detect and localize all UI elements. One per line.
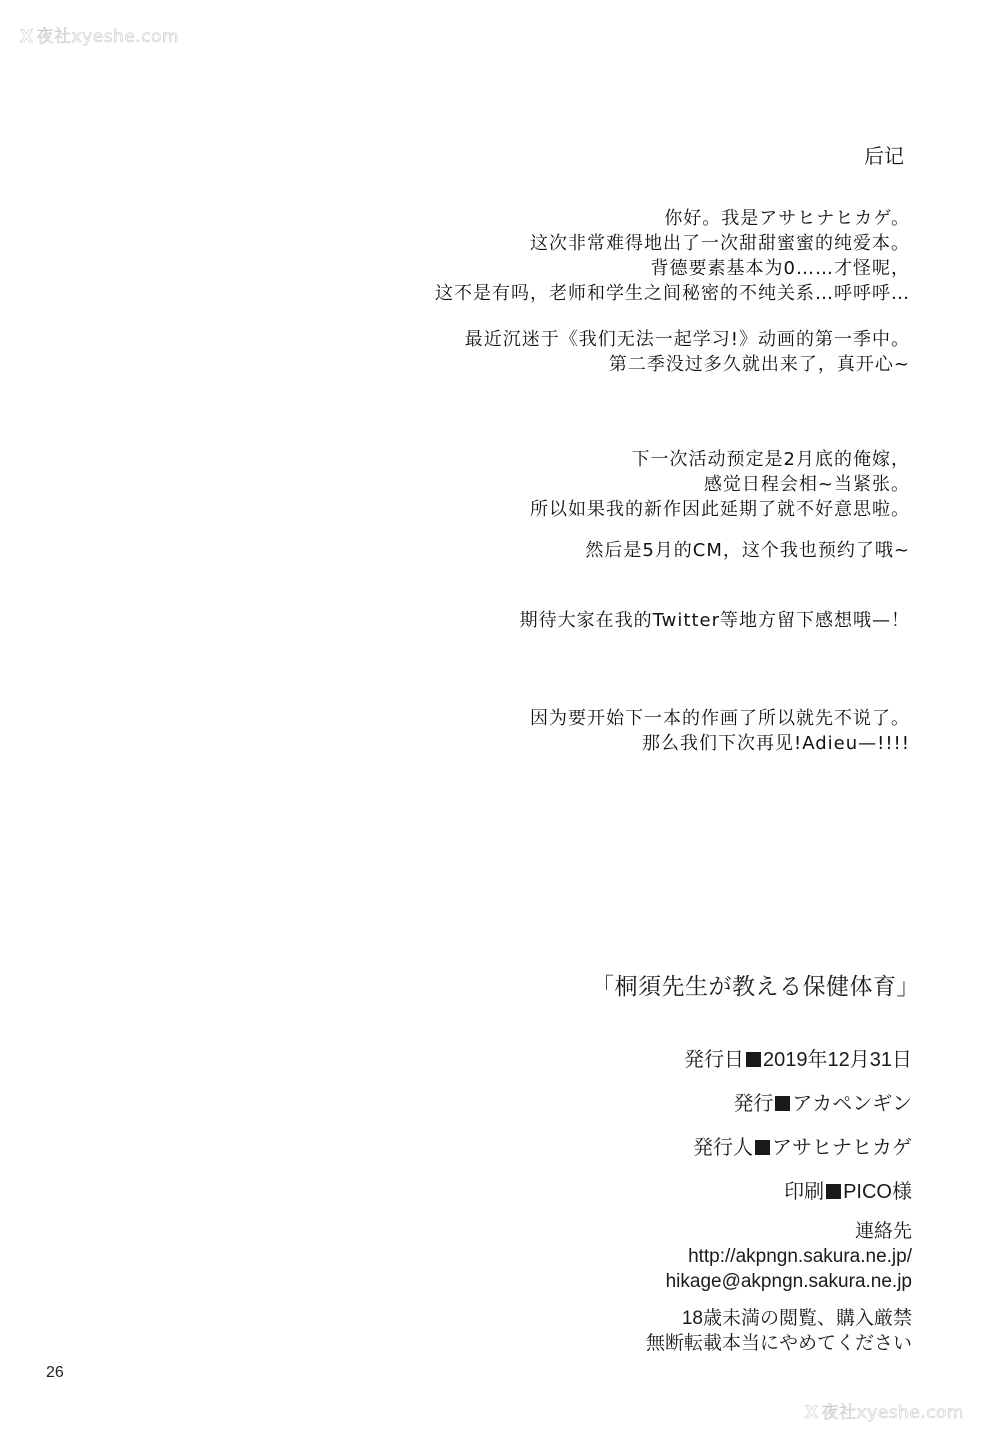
afterword-paragraph-6: 因为要开始下一本的作画了所以就先不说了。 那么我们下次再见!Adieu—!!!! xyxy=(530,706,910,756)
author-label: 発行人 xyxy=(693,1137,753,1159)
text-line: 那么我们下次再见!Adieu—!!!! xyxy=(530,731,910,756)
text-line: 然后是5月的CM，这个我也预约了哦~ xyxy=(585,538,910,563)
afterword-title: 后记 xyxy=(864,140,904,169)
text-line: 所以如果我的新作因此延期了就不好意思啦。 xyxy=(530,497,910,522)
afterword-paragraph-2: 最近沉迷于《我们无法一起学习!》动画的第一季中。 第二季没过多久就出来了，真开心… xyxy=(465,327,910,377)
issue-date-label: 発行日 xyxy=(684,1049,744,1071)
contact-block: 連絡先 http://akpngn.sakura.ne.jp/ hikage@a… xyxy=(666,1219,912,1294)
text-line: 下一次活动预定是2月底的俺嫁， xyxy=(530,447,910,472)
printer-value: PICO様 xyxy=(843,1181,912,1203)
watermark-logo-icon: X xyxy=(20,27,34,47)
watermark-top: X夜社xyeshe.com xyxy=(20,22,179,47)
author-value: アサヒナヒカゲ xyxy=(772,1137,912,1159)
page-number: 26 xyxy=(46,1364,64,1382)
square-bullet-icon xyxy=(746,1052,761,1067)
square-bullet-icon xyxy=(755,1140,770,1155)
text-line: 最近沉迷于《我们无法一起学习!》动画的第一季中。 xyxy=(465,327,910,352)
text-line: 这不是有吗，老师和学生之间秘密的不纯关系…呼呼呼… xyxy=(435,281,910,306)
book-title: 「桐須先生が教える保健体育」 xyxy=(591,968,920,1001)
printer: 印刷PICO様 xyxy=(784,1175,912,1204)
square-bullet-icon xyxy=(826,1184,841,1199)
notice-block: 18歳未満の閲覧、購入厳禁 無断転載本当にやめてください xyxy=(646,1306,912,1356)
text-line: 感觉日程会相~当紧张。 xyxy=(530,472,910,497)
afterword-paragraph-4: 然后是5月的CM，这个我也预约了哦~ xyxy=(585,538,910,563)
text-line: 因为要开始下一本的作画了所以就先不说了。 xyxy=(530,706,910,731)
author: 発行人アサヒナヒカゲ xyxy=(693,1131,912,1160)
issue-date: 発行日2019年12月31日 xyxy=(684,1043,912,1072)
age-restriction-notice: 18歳未満の閲覧、購入厳禁 xyxy=(646,1306,912,1331)
square-bullet-icon xyxy=(775,1096,790,1111)
watermark-text: 夜社xyeshe.com xyxy=(822,1403,964,1423)
text-line: 这次非常难得地出了一次甜甜蜜蜜的纯爱本。 xyxy=(435,231,910,256)
watermark-text: 夜社xyeshe.com xyxy=(37,27,179,47)
printer-label: 印刷 xyxy=(784,1181,824,1203)
text-line: 第二季没过多久就出来了，真开心~ xyxy=(465,352,910,377)
afterword-paragraph-5: 期待大家在我的Twitter等地方留下感想哦—！ xyxy=(520,608,910,633)
publisher: 発行アカペンギン xyxy=(733,1087,912,1116)
contact-email: hikage@akpngn.sakura.ne.jp xyxy=(666,1269,912,1294)
contact-url: http://akpngn.sakura.ne.jp/ xyxy=(666,1244,912,1269)
text-line: 期待大家在我的Twitter等地方留下感想哦—！ xyxy=(520,608,910,633)
text-line: 背德要素基本为0……才怪呢， xyxy=(435,256,910,281)
text-line: 你好。我是アサヒナヒカゲ。 xyxy=(435,206,910,231)
watermark-bottom: X夜社xyeshe.com xyxy=(805,1398,964,1423)
watermark-logo-icon: X xyxy=(805,1403,819,1423)
afterword-paragraph-1: 你好。我是アサヒナヒカゲ。 这次非常难得地出了一次甜甜蜜蜜的纯爱本。 背德要素基… xyxy=(435,206,910,306)
contact-label: 連絡先 xyxy=(666,1219,912,1244)
issue-date-value: 2019年12月31日 xyxy=(763,1049,912,1071)
publisher-label: 発行 xyxy=(733,1093,773,1115)
publisher-value: アカペンギン xyxy=(792,1093,912,1115)
no-reprint-notice: 無断転載本当にやめてください xyxy=(646,1331,912,1356)
afterword-paragraph-3: 下一次活动预定是2月底的俺嫁， 感觉日程会相~当紧张。 所以如果我的新作因此延期… xyxy=(530,447,910,522)
